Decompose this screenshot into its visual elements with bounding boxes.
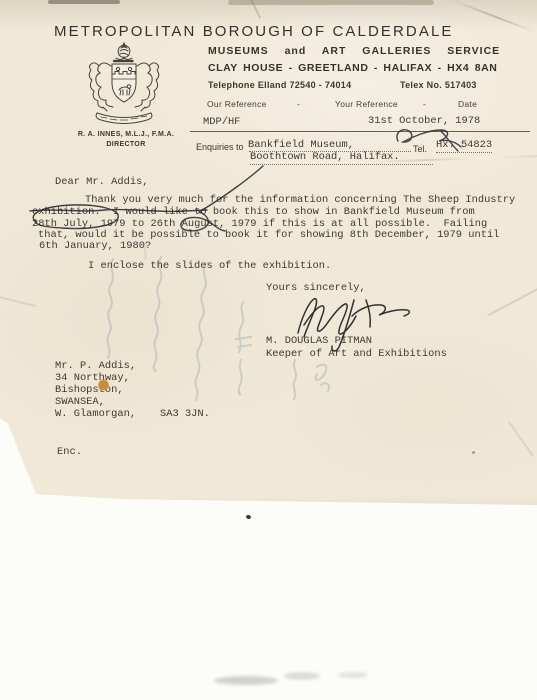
date-value: 31st October, 1978 bbox=[368, 116, 480, 127]
recipient-line: Bishopston, bbox=[55, 385, 124, 396]
recipient-line: 34 Northway, bbox=[55, 373, 130, 384]
paper-crease bbox=[245, 0, 261, 18]
letterhead-telephone: Telephone Elland 72540 - 74014 bbox=[208, 80, 351, 90]
enquiries-museum: Bankfield Museum, bbox=[248, 140, 354, 151]
enclosure-sentence: I enclose the slides of the exhibition. bbox=[88, 261, 331, 272]
scanner-smudge bbox=[214, 676, 278, 685]
signatory-title: Keeper of Art and Exhibitions bbox=[266, 349, 447, 360]
closing-valediction: Yours sincerely, bbox=[266, 283, 366, 294]
recipient-line: SWANSEA, bbox=[55, 397, 105, 408]
letterhead-department: MUSEUMS and ART GALLERIES SERVICE bbox=[208, 45, 500, 57]
reference-separator: - bbox=[423, 99, 426, 109]
reference-separator: - bbox=[297, 99, 300, 109]
enquiries-road: Boothtown Road, Halifax. bbox=[250, 152, 400, 163]
enquiries-label: Enquiries to bbox=[196, 142, 244, 152]
paper-crease bbox=[0, 295, 36, 307]
scanner-smudge bbox=[338, 672, 368, 678]
coat-of-arms-icon bbox=[83, 41, 165, 127]
tel-number: Hx. 54823 bbox=[436, 140, 492, 151]
recipient-line: Mr. P. Addis, bbox=[55, 361, 136, 372]
scanner-smudge bbox=[284, 672, 320, 680]
paper-crease bbox=[508, 421, 533, 456]
director-name: R. A. INNES, M.L.J., F.M.A. bbox=[62, 131, 190, 138]
reference-rule bbox=[190, 131, 530, 132]
paper-edge-shadow bbox=[48, 0, 120, 4]
letter-paper: METROPOLITAN BOROUGH OF CALDERDALE bbox=[0, 0, 537, 512]
letterhead-title: METROPOLITAN BOROUGH OF CALDERDALE bbox=[54, 23, 454, 40]
our-reference-value: MDP/HF bbox=[203, 117, 240, 128]
dotted-underline bbox=[436, 152, 492, 153]
recipient-postcode: SA3 3JN. bbox=[160, 409, 210, 420]
paper-crease bbox=[449, 0, 537, 36]
scanner-speck bbox=[472, 451, 475, 454]
salutation: Dear Mr. Addis, bbox=[55, 177, 149, 188]
recipient-line: W. Glamorgan, bbox=[55, 409, 136, 420]
director-title: DIRECTOR bbox=[62, 141, 190, 148]
scanner-speck bbox=[245, 514, 251, 519]
signatory-name: M. DOUGLAS PITMAN bbox=[266, 336, 372, 347]
letterhead-address: CLAY HOUSE - GREETLAND - HALIFAX - HX4 8… bbox=[208, 62, 497, 74]
dotted-underline bbox=[250, 164, 433, 165]
body-line: 6th January, 1980? bbox=[39, 241, 151, 252]
body-line: exhibition. I would like to book this to… bbox=[32, 207, 475, 218]
scanned-letter-page: METROPOLITAN BOROUGH OF CALDERDALE bbox=[0, 0, 537, 700]
dotted-underline bbox=[249, 151, 411, 152]
letterhead-telex: Telex No. 517403 bbox=[400, 80, 477, 90]
tel-label: Tel. bbox=[413, 144, 427, 154]
body-line: Thank you very much for the information … bbox=[85, 195, 515, 206]
your-reference-label: Your Reference bbox=[335, 99, 398, 109]
date-label: Date bbox=[458, 99, 477, 109]
our-reference-label: Our Reference bbox=[207, 99, 267, 109]
paper-edge-shadow bbox=[228, 0, 434, 5]
paper-stain bbox=[98, 379, 109, 392]
enclosure-note: Enc. bbox=[57, 447, 82, 458]
paper-crease bbox=[487, 286, 537, 316]
